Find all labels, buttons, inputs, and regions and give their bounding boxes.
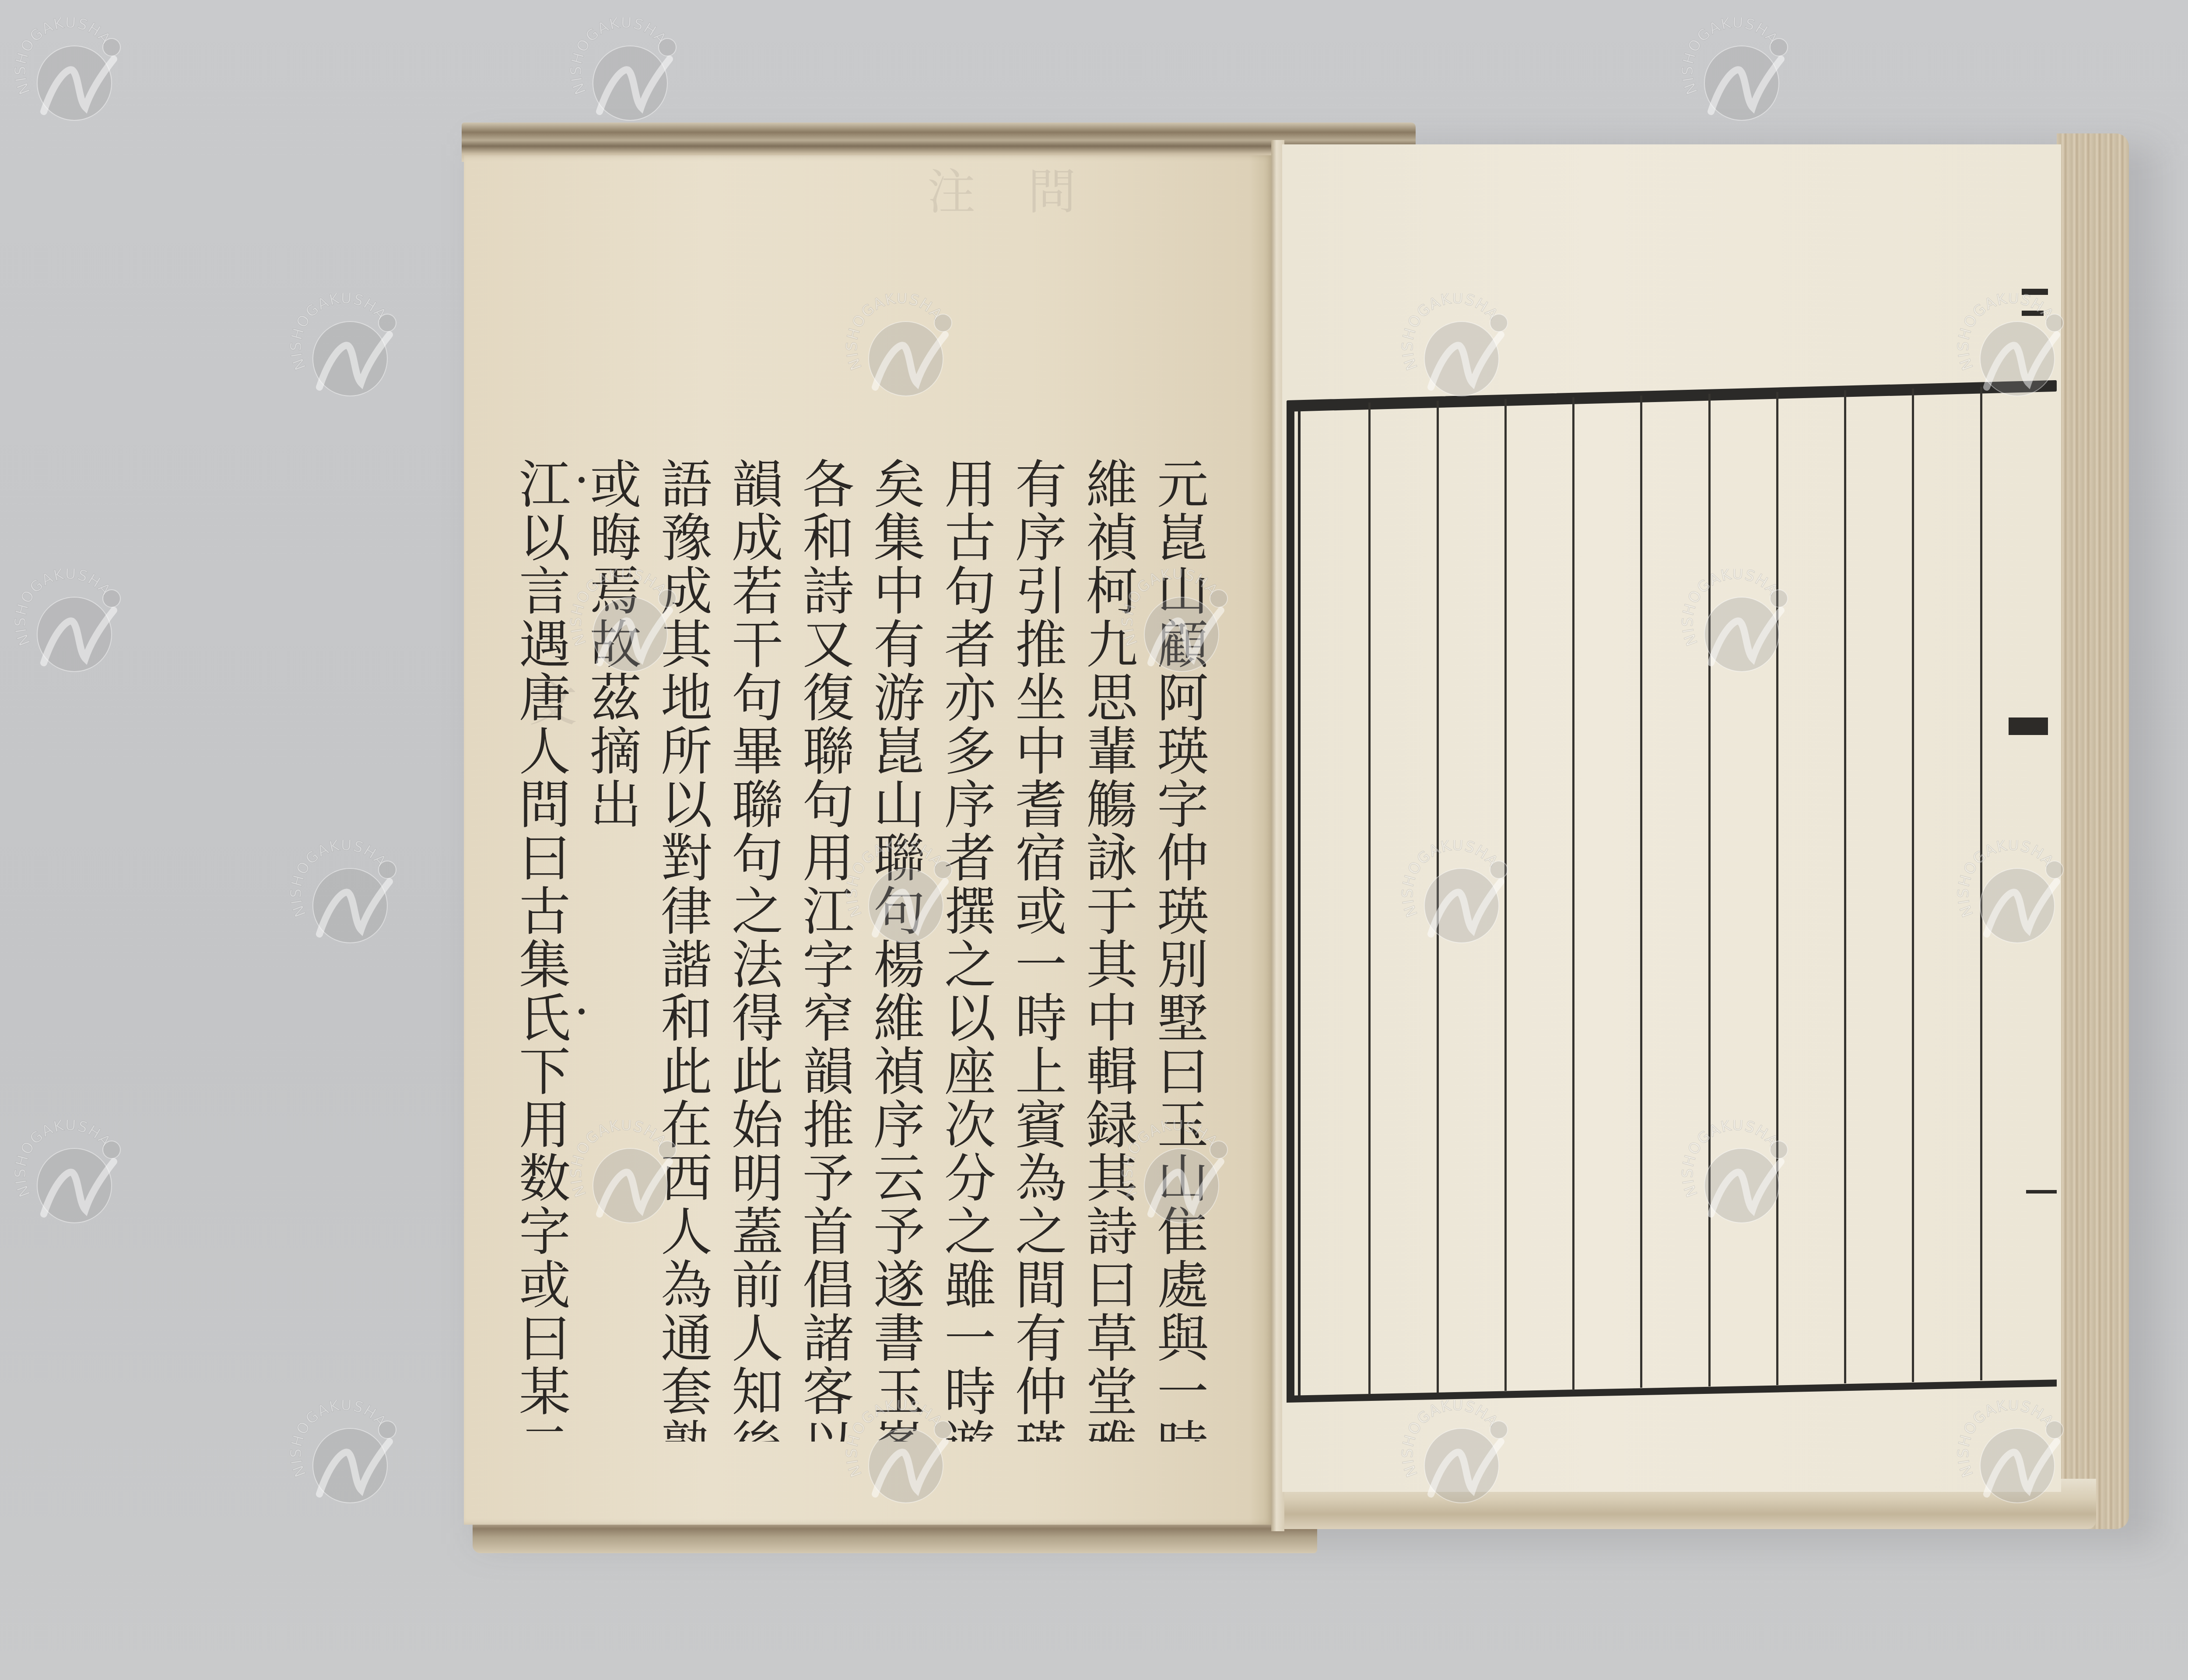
- text-column: 江以言遇唐人問曰古集氏下用数字或曰某二某三或曰某十一: [503, 457, 574, 1442]
- nishogakusha-logo-icon: NISHOGAKUSHA: [13, 1120, 127, 1234]
- nishogakusha-logo-icon: NISHOGAKUSHA: [569, 17, 683, 131]
- column-rule: [1640, 395, 1642, 1388]
- ink-mark: [2009, 717, 2048, 735]
- show-through-text: 問: [1015, 166, 1081, 214]
- nishogakusha-logo-icon: NISHOGAKUSHA: [1956, 840, 2070, 954]
- nishogakusha-logo-icon: NISHOGAKUSHA: [845, 1400, 958, 1514]
- nishogakusha-logo-icon: NISHOGAKUSHA: [1400, 1400, 1514, 1514]
- nishogakusha-logo-icon: NISHOGAKUSHA: [13, 569, 127, 682]
- nishogakusha-logo-icon: NISHOGAKUSHA: [1680, 569, 1794, 682]
- nishogakusha-logo-icon: NISHOGAKUSHA: [13, 17, 127, 131]
- text-column: 有序引推坐中耆宿或一時上賓為之間有仲瑛自題者其韻: [999, 457, 1070, 1442]
- nishogakusha-logo-icon: NISHOGAKUSHA: [289, 840, 403, 954]
- nishogakusha-logo-icon: NISHOGAKUSHA: [1400, 293, 1514, 407]
- frame-left-border: [1287, 407, 1294, 1400]
- nishogakusha-logo-icon: NISHOGAKUSHA: [569, 569, 683, 682]
- nishogakusha-logo-icon: NISHOGAKUSHA: [1956, 293, 2070, 407]
- nishogakusha-logo-icon: NISHOGAKUSHA: [289, 293, 403, 407]
- frame-left-inner-border: [1298, 407, 1301, 1400]
- column-rule: [1912, 388, 1914, 1382]
- nishogakusha-logo-icon: NISHOGAKUSHA: [845, 293, 958, 407]
- nishogakusha-logo-icon: NISHOGAKUSHA: [1956, 1400, 2070, 1514]
- show-through-text: 注: [915, 166, 980, 214]
- nishogakusha-logo-icon: NISHOGAKUSHA: [1400, 840, 1514, 954]
- column-rule: [1844, 390, 1846, 1383]
- text-column: 韻成若干句畢聯句之法得此始明蓋前人知後韻為何字造: [716, 457, 787, 1442]
- nishogakusha-logo-icon: NISHOGAKUSHA: [1120, 569, 1234, 682]
- punctuation-dot: [579, 477, 585, 483]
- column-rule: [1708, 394, 1711, 1386]
- column-rule: [1776, 392, 1778, 1385]
- nishogakusha-logo-icon: NISHOGAKUSHA: [845, 840, 958, 954]
- punctuation-dot: [579, 1008, 585, 1015]
- column-rule: [1572, 397, 1574, 1389]
- column-rule: [1368, 402, 1371, 1394]
- nishogakusha-logo-icon: NISHOGAKUSHA: [1680, 17, 1794, 131]
- ink-mark: [2026, 1190, 2057, 1193]
- nishogakusha-logo-icon: NISHOGAKUSHA: [289, 1400, 403, 1514]
- frame-bottom-border: [1287, 1379, 2057, 1403]
- nishogakusha-logo-icon: NISHOGAKUSHA: [1120, 1120, 1234, 1234]
- nishogakusha-logo-icon: NISHOGAKUSHA: [1680, 1120, 1794, 1234]
- nishogakusha-logo-icon: NISHOGAKUSHA: [569, 1120, 683, 1234]
